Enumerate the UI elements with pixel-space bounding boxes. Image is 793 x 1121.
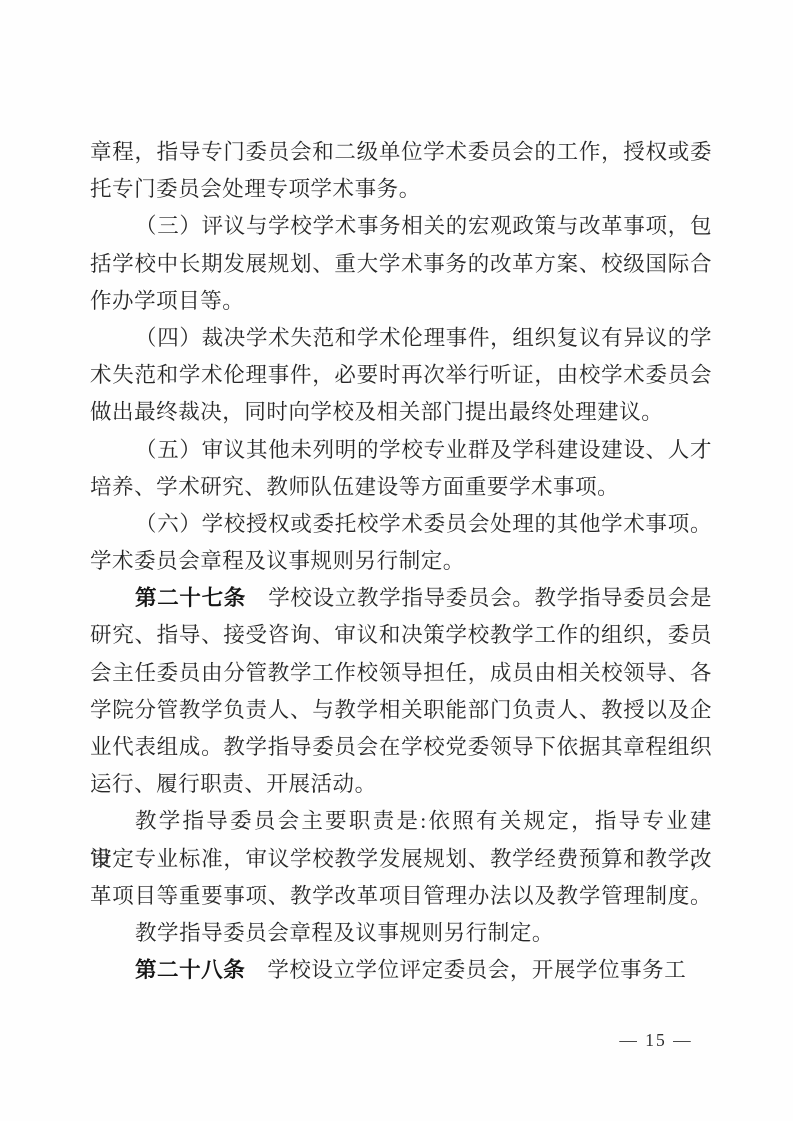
text-line: （五）审议其他未列明的学校专业群及学科建设建设、人才: [90, 432, 712, 469]
page-number: — 15 —: [598, 1025, 714, 1055]
body-text-block: 章程，指导专门委员会和二级单位学术委员会的工作，授权或委 托专门委员会处理专项学…: [90, 134, 712, 989]
text-line: 术失范和学术伦理事件，必要时再次举行听证，由校学术委员会: [90, 357, 712, 394]
text-line-article-28: 第二十八条 学校设立学位评定委员会，开展学位事务工: [90, 952, 712, 989]
text-line: 审定专业标准，审议学校教学发展规划、教学经费预算和教学改: [90, 841, 712, 878]
article-28-number-label: 第二十八条: [135, 958, 245, 982]
text-line: 做出最终裁决，同时向学校及相关部门提出最终处理建议。: [90, 394, 712, 431]
article-27-number-label: 第二十七条: [135, 586, 246, 610]
text-line: 托专门委员会处理专项学术事务。: [90, 171, 712, 208]
text-line: （四）裁决学术失范和学术伦理事件，组织复议有异议的学: [90, 320, 712, 357]
text-line: 培养、学术研究、教师队伍建设等方面重要学术事项。: [90, 469, 712, 506]
text-line: 会主任委员由分管教学工作校领导担任，成员由相关校领导、各: [90, 655, 712, 692]
text-line: 革项目等重要事项、教学改革项目管理办法以及教学管理制度。: [90, 878, 712, 915]
article-27-opening-text: 学校设立教学指导委员会。教学指导委员会是: [246, 586, 712, 610]
text-line: 研究、指导、接受咨询、审议和决策学校教学工作的组织，委员: [90, 617, 712, 654]
text-line: 教学指导委员会章程及议事规则另行制定。: [90, 915, 712, 952]
article-28-opening-text: 学校设立学位评定委员会，开展学位事务工: [245, 958, 686, 982]
text-line: 业代表组成。教学指导委员会在学校党委领导下依据其章程组织: [90, 729, 712, 766]
text-line: 教学指导委员会主要职责是:依照有关规定，指导专业建设，: [90, 803, 712, 840]
text-line: （六）学校授权或委托校学术委员会处理的其他学术事项。: [90, 506, 712, 543]
scanned-document-page: 章程，指导专门委员会和二级单位学术委员会的工作，授权或委 托专门委员会处理专项学…: [0, 0, 793, 1121]
text-line: 学院分管教学负责人、与教学相关职能部门负责人、教授以及企: [90, 692, 712, 729]
text-line: 章程，指导专门委员会和二级单位学术委员会的工作，授权或委: [90, 134, 712, 171]
text-line: 学术委员会章程及议事规则另行制定。: [90, 543, 712, 580]
text-line-article-27: 第二十七条 学校设立教学指导委员会。教学指导委员会是: [90, 580, 712, 617]
text-line: （三）评议与学校学术事务相关的宏观政策与改革事项，包: [90, 208, 712, 245]
text-line: 括学校中长期发展规划、重大学术事务的改革方案、校级国际合: [90, 246, 712, 283]
text-line: 作办学项目等。: [90, 283, 712, 320]
text-line: 运行、履行职责、开展活动。: [90, 766, 712, 803]
